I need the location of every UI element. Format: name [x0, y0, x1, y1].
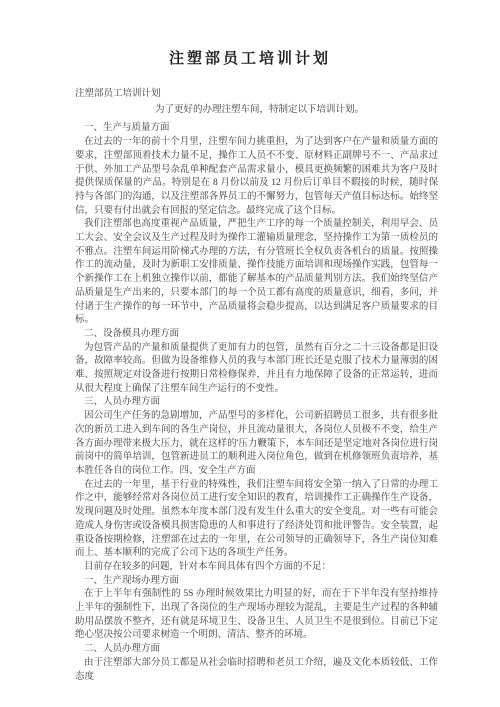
paragraph: 目前存在较多的问题，针对本车间具体有四个方面的不足：: [75, 561, 438, 575]
section-heading-equipment-mold: 二、设备模具办理方面: [75, 328, 438, 342]
section-heading-production-quality: 一、生产与质量方面: [75, 122, 438, 136]
paragraph: 为包管产品的产量和质量提供了更加有力的包管，虽然有百分之二十三设备都是旧设备，故…: [75, 342, 438, 397]
section-heading-personnel-2: 二、人员办理方面: [75, 643, 438, 657]
document-page: 注塑部员工培训计划 注塑部员工培训计划 为了更好的办理注塑车间，特制定以下培训计…: [0, 0, 500, 707]
page-title: 注塑部员工培训计划: [62, 50, 438, 68]
doc-subtitle: 注塑部员工培训计划: [75, 88, 438, 102]
section-heading-site-management: 一、生产现场办理方面: [75, 575, 438, 589]
paragraph: 在于上半年有强制性的 5S 办理时候效果比力明显的好，而在于下半年没有坚持维持上…: [75, 588, 438, 643]
intro-line: 为了更好的办理注塑车间，特制定以下培训计划。: [75, 104, 438, 118]
paragraph: 在过去的一年的前十个月里，注塑车间力挑重担，为了达到客户在产量和质量方面的要求，…: [75, 136, 438, 218]
paragraph: 因公司生产任务的急剧增加，产品型号的多样化，公司新招聘员工很多，共有很多批次的新…: [75, 410, 438, 479]
paragraph: 在过去的一年里，基于行业的特殊性，我们注塑车间将安全第一纳入了日常的办理工作之中…: [75, 479, 438, 561]
section-heading-personnel: 三、人员办理方面: [75, 396, 438, 410]
paragraph: 由于注塑部大部分员工都是从社会临时招聘和老员工介绍，遍及文化本质较低、工作态度: [75, 657, 438, 684]
paragraph: 我们注塑部也高度重视产品质量，严把生产工序的每一个质量控制关，利用早会、员工大会…: [75, 218, 438, 328]
